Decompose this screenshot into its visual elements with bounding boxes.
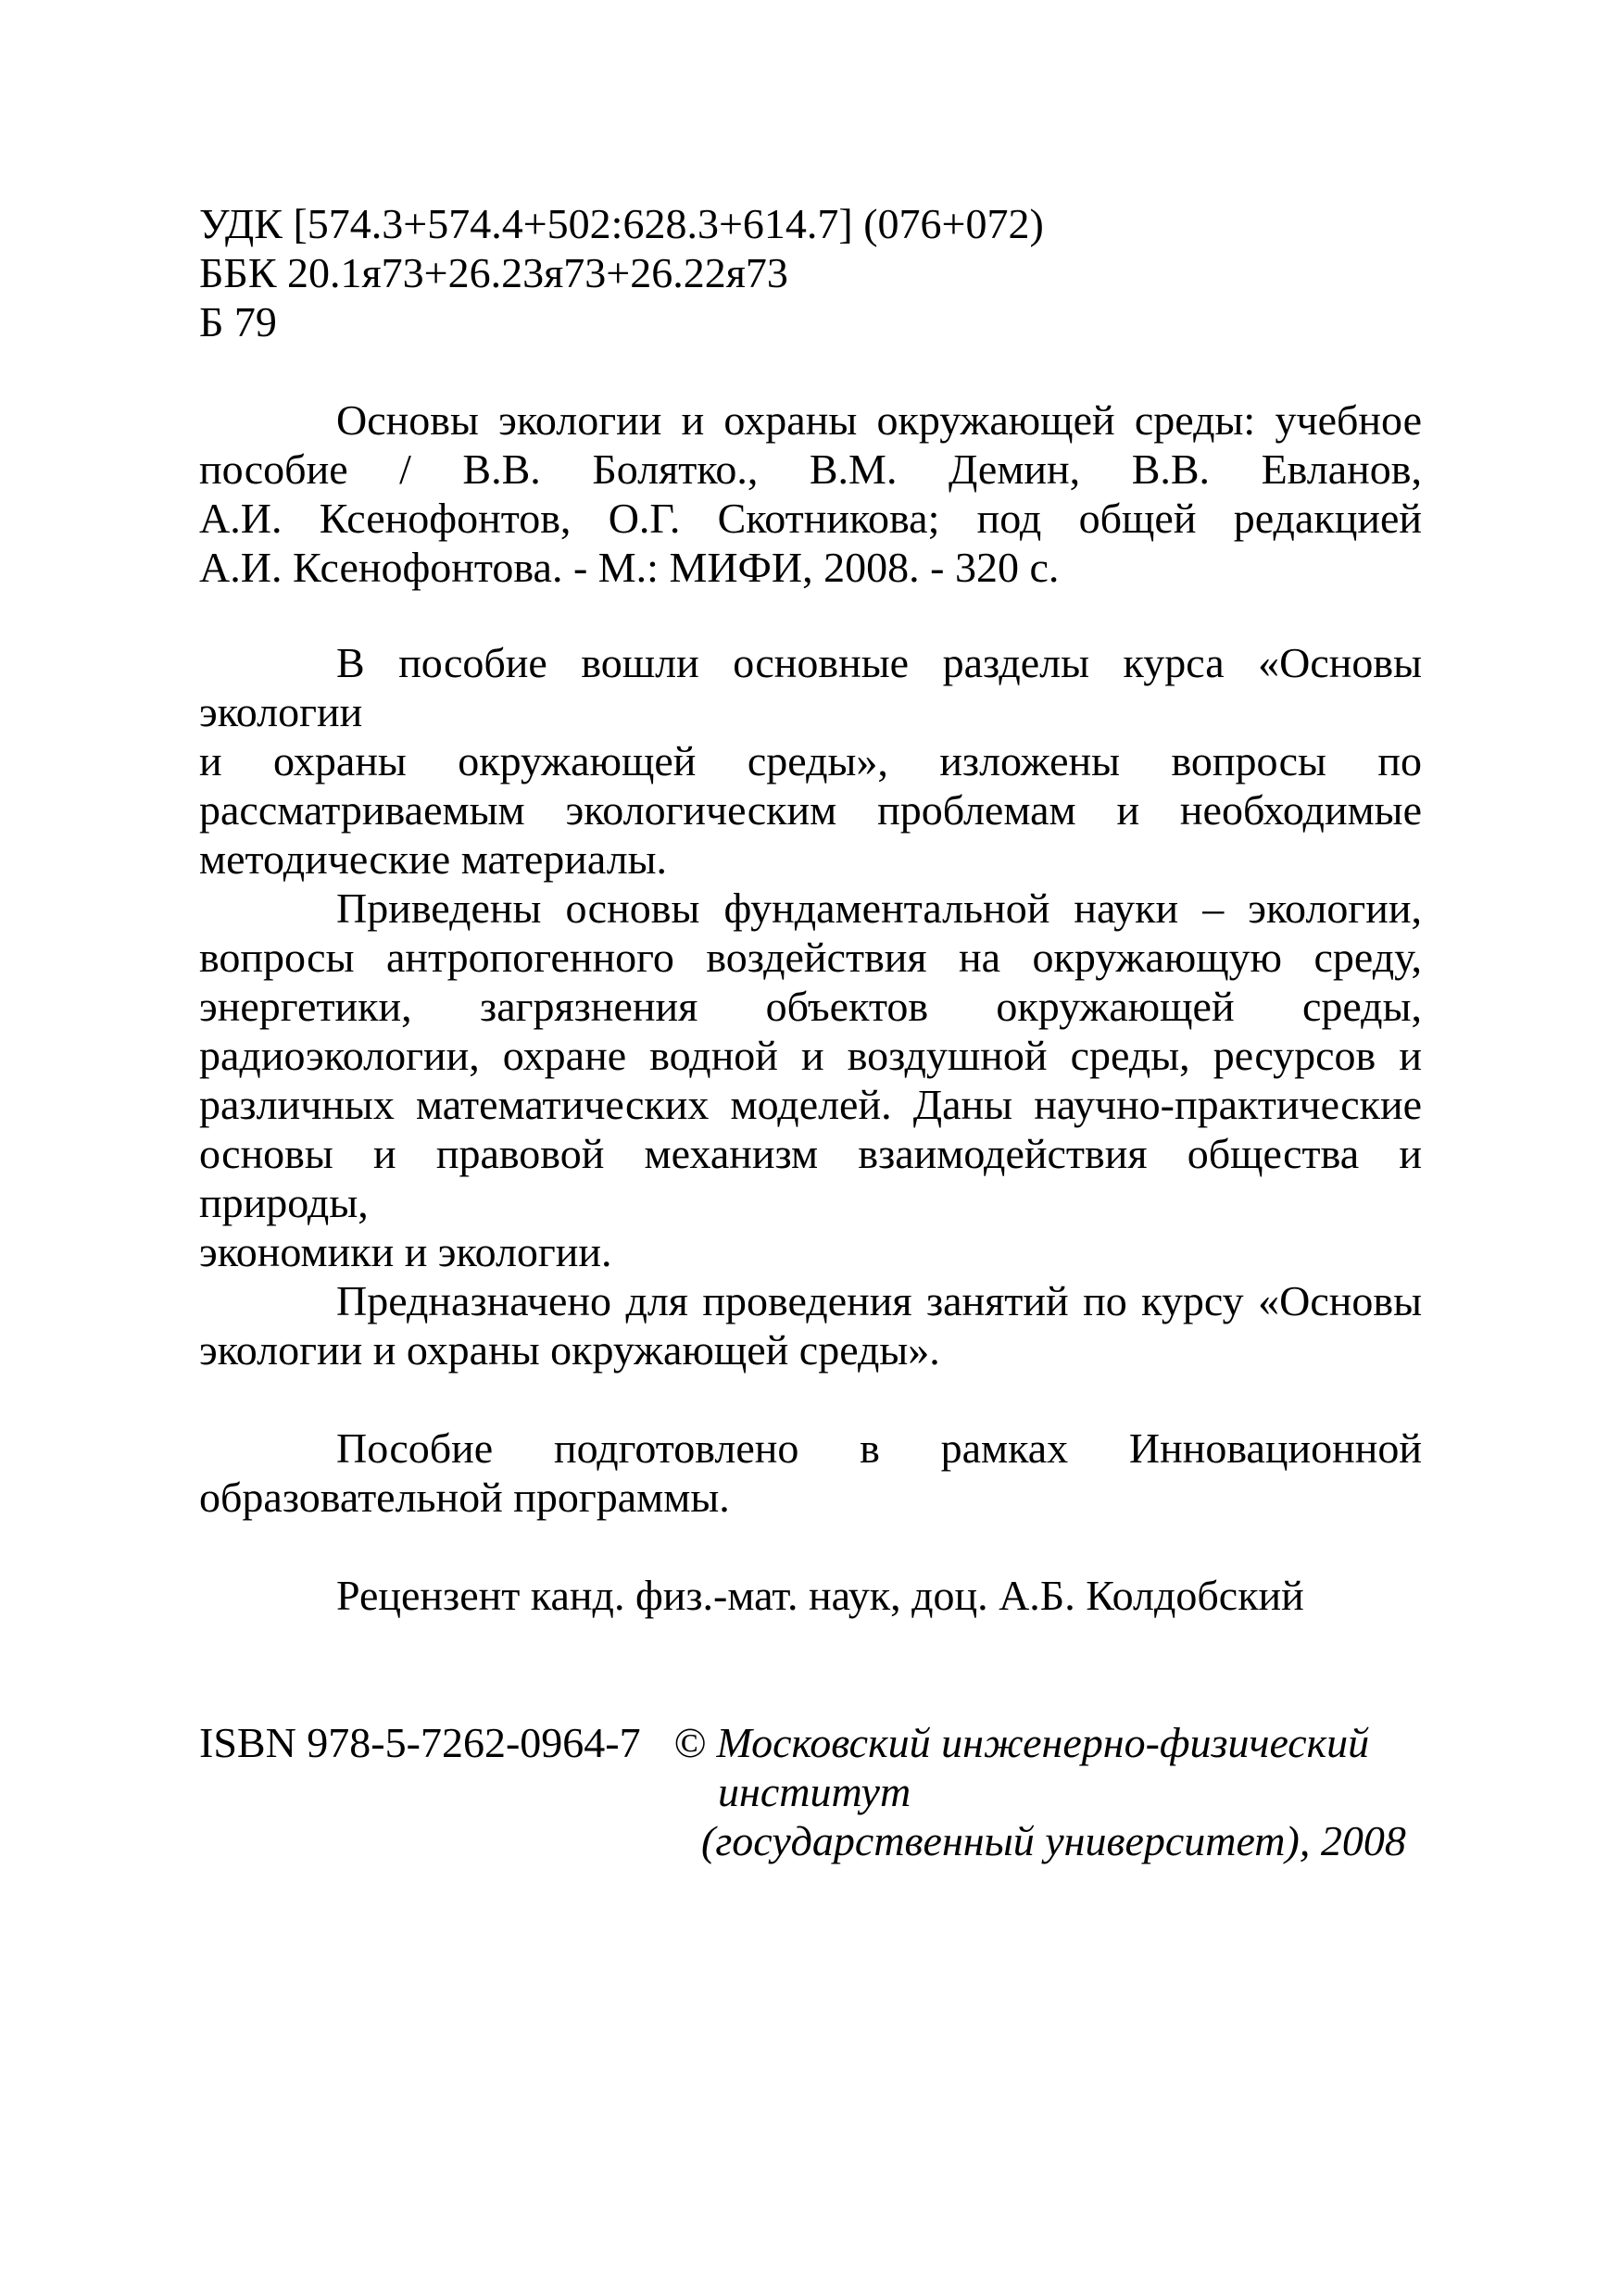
annotation-line: и охраны окружающей среды», изложены воп… <box>199 736 1422 785</box>
annotation-line: энергетики, загрязнения объектов окружаю… <box>199 982 1422 1031</box>
book-imprint-page: УДК [574.3+574.4+502:628.3+614.7] (076+0… <box>0 0 1621 2296</box>
annotation-paragraph-2: Приведены основы фундаментальной науки –… <box>199 884 1422 1276</box>
bibliographic-description: Основы экологии и охраны окружающей сред… <box>199 395 1422 592</box>
reviewer-line: Рецензент канд. физ.-мат. наук, доц. А.Б… <box>199 1571 1422 1620</box>
annotation-paragraph-4: Пособие подготовлено в рамках Инновацион… <box>199 1424 1422 1522</box>
isbn-copyright-block: ISBN 978-5-7262-0964-7 © Московский инже… <box>199 1718 1422 1865</box>
page-content: УДК [574.3+574.4+502:628.3+614.7] (076+0… <box>199 199 1422 1865</box>
author-sign-line: Б 79 <box>199 297 1422 346</box>
copyright-line: © Московский инженерно-физический <box>673 1718 1406 1767</box>
annotation-line: В пособие вошли основные разделы курса «… <box>199 638 1422 736</box>
bibliography-line: пособие / В.В. Болятко., В.М. Демин, В.В… <box>199 445 1422 494</box>
annotation-line: экологии и охраны окружающей среды». <box>199 1325 1422 1374</box>
catalog-codes-block: УДК [574.3+574.4+502:628.3+614.7] (076+0… <box>199 199 1422 346</box>
annotation-line: методические материалы. <box>199 834 1422 884</box>
annotation-line: основы и правовой механизм взаимодействи… <box>199 1129 1422 1227</box>
bibliography-line: Основы экологии и охраны окружающей сред… <box>199 395 1422 445</box>
copyright-notice: © Московский инженерно-физический инстит… <box>673 1718 1406 1865</box>
annotation-line: вопросы антропогенного воздействия на ок… <box>199 933 1422 982</box>
annotation-line: Предназначено для проведения занятий по … <box>199 1276 1422 1325</box>
annotation-line: образовательной программы. <box>199 1473 1422 1522</box>
annotation-line: Приведены основы фундаментальной науки –… <box>199 884 1422 933</box>
bibliography-line: А.И. Ксенофонтов, О.Г. Скотникова; под о… <box>199 494 1422 543</box>
bibliography-line: А.И. Ксенофонтова. - М.: МИФИ, 2008. - 3… <box>199 543 1422 592</box>
bbk-line: ББК 20.1я73+26.23я73+26.22я73 <box>199 248 1422 297</box>
udk-line: УДК [574.3+574.4+502:628.3+614.7] (076+0… <box>199 199 1422 248</box>
copyright-line: (государственный университет), 2008 <box>673 1816 1406 1865</box>
copyright-line: институт <box>673 1767 1406 1816</box>
annotation-line: экономики и экологии. <box>199 1227 1422 1276</box>
annotation-line: радиоэкологии, охране водной и воздушной… <box>199 1031 1422 1080</box>
annotation-paragraph-3: Предназначено для проведения занятий по … <box>199 1276 1422 1374</box>
annotation-paragraph-1: В пособие вошли основные разделы курса «… <box>199 638 1422 884</box>
annotation-line: Пособие подготовлено в рамках Инновацион… <box>199 1424 1422 1473</box>
annotation-line: различных математических моделей. Даны н… <box>199 1080 1422 1129</box>
isbn-number: ISBN 978-5-7262-0964-7 <box>199 1718 673 1767</box>
annotation-line: рассматриваемым экологическим проблемам … <box>199 785 1422 834</box>
